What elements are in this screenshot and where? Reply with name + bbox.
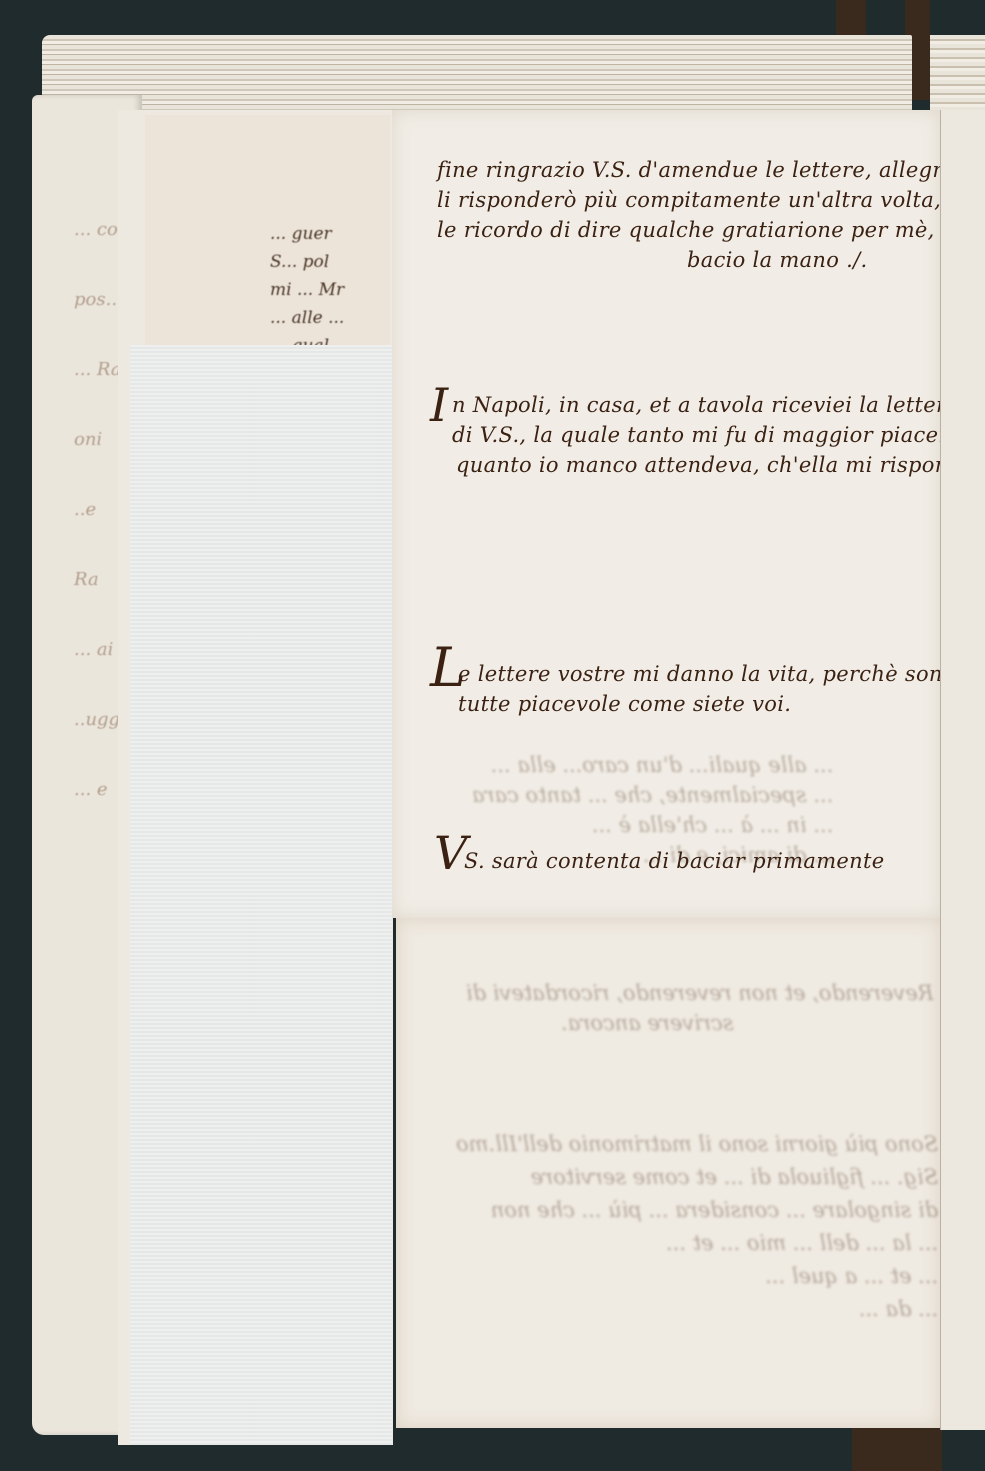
bleed-through: Reverendo, et non reverendo, ricordatevi… — [466, 978, 934, 1038]
left-leaf-text: ... guer S... pol mi ... Mr ... alle ...… — [270, 220, 351, 360]
right-facing-page — [940, 110, 985, 1430]
blank-guard-leaf — [130, 345, 392, 1445]
drop-initial: I — [430, 382, 448, 428]
drop-initial: L — [430, 645, 466, 691]
page-block-edge-right — [930, 35, 985, 115]
drop-initial: V — [434, 830, 467, 876]
letter-2: I n Napoli, in casa, et a tavola ricevie… — [430, 382, 985, 480]
letter-3: L e lettere vostre mi danno la vita, per… — [430, 645, 943, 719]
letter-4: V S. sarà contenta di baciar primamente — [434, 830, 884, 876]
main-page-upper: ... alle quali... d'un caro... ella ... … — [392, 110, 940, 918]
left-leaf-top-fragment: ... guer S... pol mi ... Mr ... alle ...… — [145, 115, 390, 345]
bleed-through: Sono più giorni sono il matrimonio dell'… — [456, 1128, 938, 1326]
margin-fragments: ... col pos.. ... Ra oni ..e Ra ... ai .… — [74, 195, 124, 825]
letter-1: fine ringrazio V.S. d'amendue le lettere… — [437, 155, 981, 275]
main-page-lower: Reverendo, et non reverendo, ricordatevi… — [396, 918, 941, 1428]
